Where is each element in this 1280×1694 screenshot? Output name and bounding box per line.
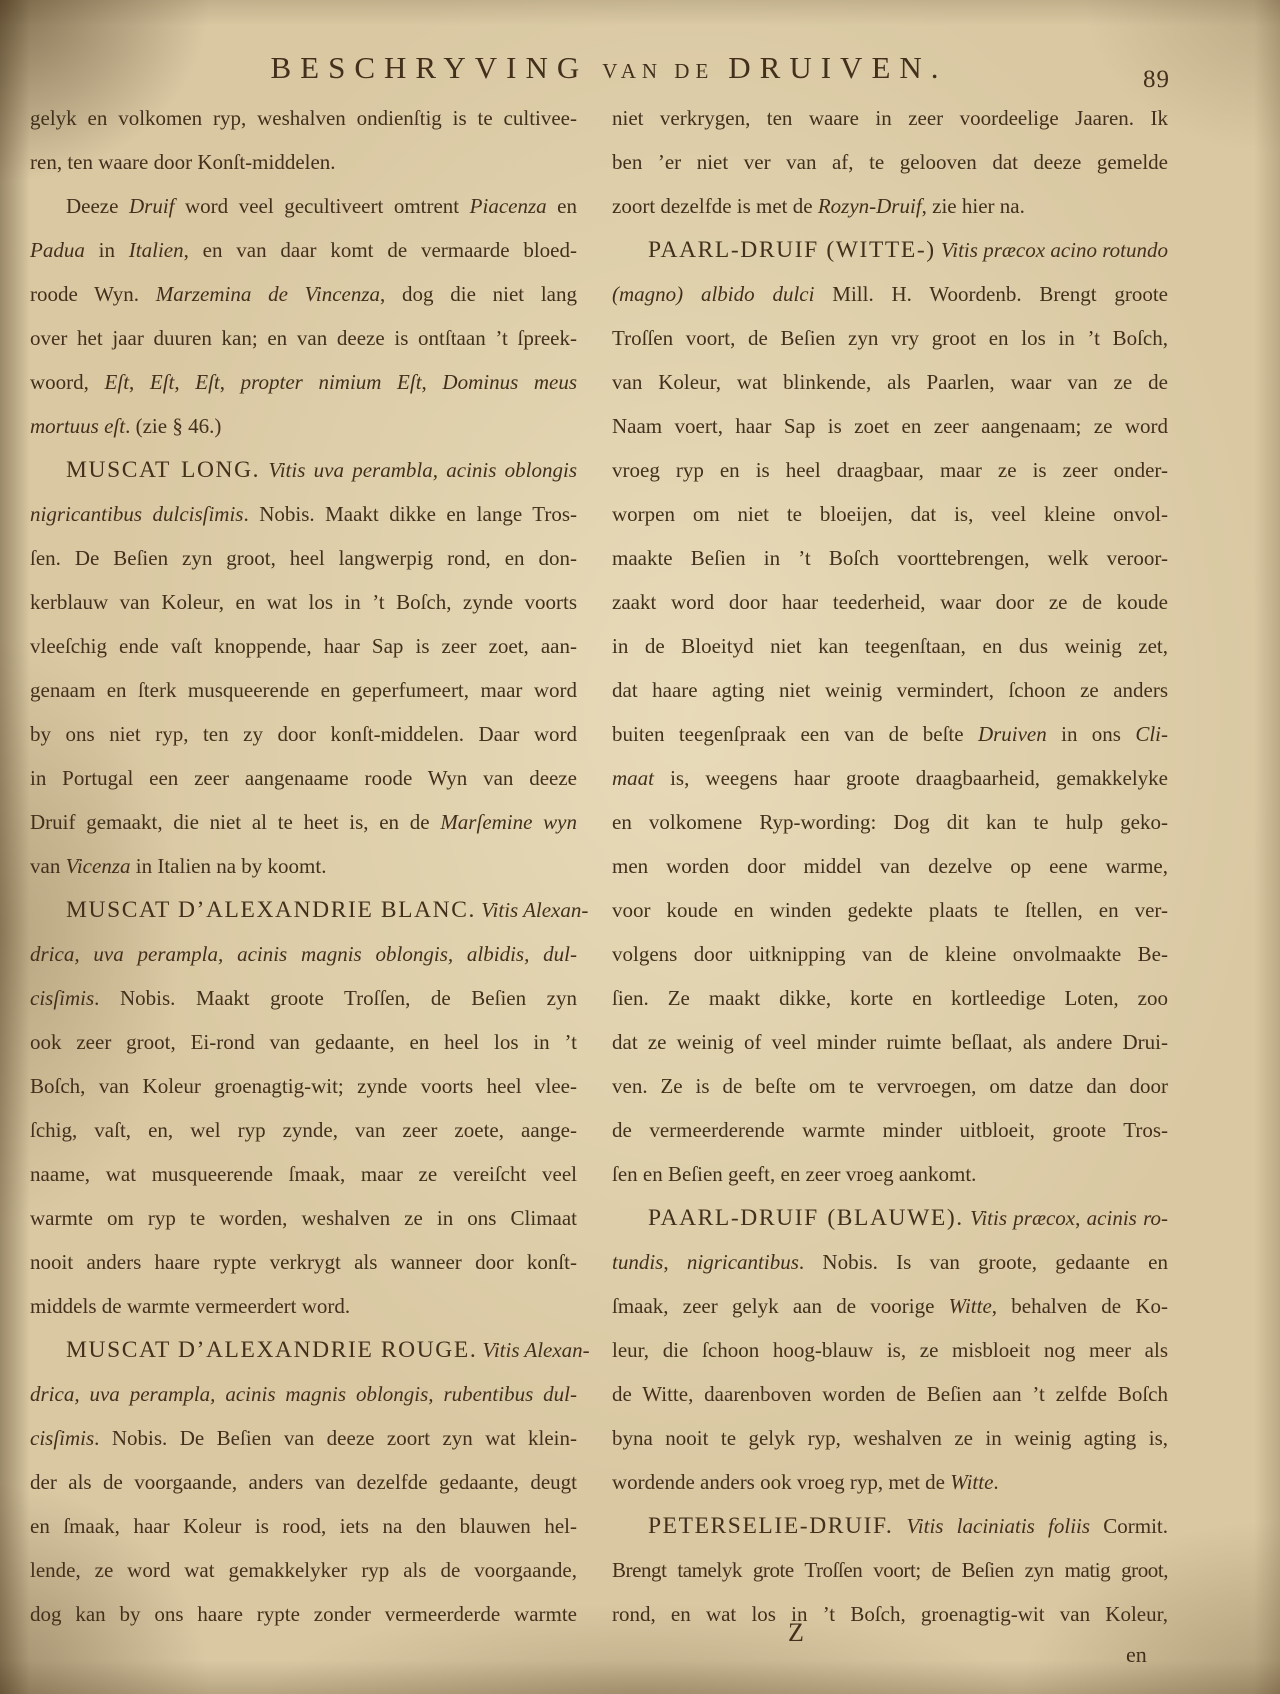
text-segment: buiten teegenſpraak een van de beſte <box>612 722 978 746</box>
text-segment: , <box>174 370 195 394</box>
text-segment: Cormit. <box>1090 1514 1168 1538</box>
text-segment: rond, en wat los in ’t Boſch, groenagtig… <box>612 1602 1168 1626</box>
text-segment: volgens door uitknipping van de kleine o… <box>612 942 1168 966</box>
text-segment: van <box>30 854 66 878</box>
text-segment: word veel gecultiveert omtrent <box>175 194 470 218</box>
latin-name-italic: nigricantibus <box>687 1250 799 1274</box>
text-segment: ben ’er niet ver van af, te gelooven dat… <box>612 150 1168 174</box>
latin-name-italic: Druif <box>129 194 175 218</box>
text-segment: , dog die niet lang <box>380 282 577 306</box>
text-segment: niet verkrygen, ten waare in zeer voorde… <box>612 106 1168 130</box>
latin-name-italic: cisſimis <box>30 1426 94 1450</box>
text-segment: worpen om niet te bloeijen, dat is, veel… <box>612 502 1168 526</box>
text-line: dat haare agting niet weinig vermindert,… <box>612 668 1168 712</box>
latin-name-italic: (magno) albido dulci <box>612 282 814 306</box>
text-line: kerblauw van Koleur, en wat los in ’t Bo… <box>30 580 577 624</box>
text-line: cisſimis. Nobis. Maakt groote Troſſen, d… <box>30 976 577 1020</box>
text-segment: maakte Beſien in ’t Boſch voorttebrengen… <box>612 546 1168 570</box>
latin-name-italic: Vitis præcox <box>970 1206 1075 1230</box>
text-line: leur, die ſchoon hoog-blauw is, ze misbl… <box>612 1328 1168 1372</box>
text-segment: Troſſen voort, de Beſien zyn vry groot e… <box>612 326 1168 350</box>
text-line: zoort dezelfde is met de Rozyn-Druif, zi… <box>612 184 1168 228</box>
latin-name-italic: Marſemine wyn <box>440 810 577 834</box>
latin-name-italic: propter nimium Eſt <box>241 370 422 394</box>
text-segment: vroeg ryp en is heel draagbaar, maar ze … <box>612 458 1168 482</box>
text-segment: Boſch, van Koleur groenagtig-wit; zynde … <box>30 1074 577 1098</box>
text-segment: zaakt word door haar teederheid, waar do… <box>612 590 1168 614</box>
text-segment: Naam voert, haar Sap is zoet en zeer aan… <box>612 414 1168 438</box>
text-segment: . Nobis. Maakt dikke en lange Tros- <box>243 502 577 526</box>
latin-name-italic: Padua <box>30 238 85 262</box>
text-segment: Druif gemaakt, die niet al te heet is, e… <box>30 810 440 834</box>
text-segment: ſien. Ze maakt dikke, korte en kortleedi… <box>612 986 1168 1010</box>
text-line: niet verkrygen, ten waare in zeer voorde… <box>612 96 1168 140</box>
latin-name-italic: Witte <box>950 1470 993 1494</box>
text-line: rond, en wat los in ’t Boſch, groenagtig… <box>612 1592 1168 1636</box>
text-segment: , zie hier na. <box>922 194 1025 218</box>
latin-name-italic: Piacenza <box>470 194 547 218</box>
text-line: Brengt tamelyk grote Troſſen voort; de B… <box>612 1548 1168 1592</box>
text-segment: lende, ze word wat gemakkelyker ryp als … <box>30 1558 577 1582</box>
catchword: en <box>1126 1642 1147 1668</box>
text-line: nooit anders haare rypte verkrygt als wa… <box>30 1240 577 1284</box>
text-line: mortuus eſt. (zie § 46.) <box>30 404 577 448</box>
text-segment: . Nobis. De Beſien van deeze zoort zyn w… <box>94 1426 577 1450</box>
text-line: van Vicenza in Italien na by koomt. <box>30 844 577 888</box>
text-segment: wordende anders ook vroeg ryp, met de <box>612 1470 950 1494</box>
text-line: woord, Eſt, Eſt, Eſt, propter nimium Eſt… <box>30 360 577 404</box>
latin-name-italic: Vitis præcox acino rotundo <box>941 238 1168 262</box>
text-line: gelyk en volkomen ryp, weshalven ondienſ… <box>30 96 577 140</box>
text-line: ſen. De Beſien zyn groot, heel langwerpi… <box>30 536 577 580</box>
latin-name-italic: nigricantibus dulcisſimis <box>30 502 243 526</box>
text-line: Padua in Italien, en van daar komt de ve… <box>30 228 577 272</box>
text-segment: zoort dezelfde is met de <box>612 194 818 218</box>
latin-name-italic: cisſimis <box>30 986 94 1010</box>
text-segment: . Nobis. Maakt groote Troſſen, de Beſien… <box>94 986 577 1010</box>
text-segment: , <box>422 370 443 394</box>
text-line: de Witte, daarenboven worden de Beſien a… <box>612 1372 1168 1416</box>
text-line: wordende anders ook vroeg ryp, met de Wi… <box>612 1460 1168 1504</box>
latin-name-italic: Vitis Alexan- <box>483 1338 590 1362</box>
text-segment: ſmaak, zeer gelyk aan de voorige <box>612 1294 949 1318</box>
header-title-mid: VAN DE <box>602 59 714 83</box>
text-line: Boſch, van Koleur groenagtig-wit; zynde … <box>30 1064 577 1108</box>
text-line: naame, wat musqueerende ſmaak, maar ze v… <box>30 1152 577 1196</box>
text-line: genaam en ſterk musqueerende en geperfum… <box>30 668 577 712</box>
text-segment: en ſmaak, haar Koleur is rood, iets na d… <box>30 1514 577 1538</box>
text-segment: Mill. H. Woordenb. Brengt groote <box>814 282 1168 306</box>
text-segment: en <box>547 194 577 218</box>
running-header: BESCHRYVING VAN DE DRUIVEN. <box>0 50 1218 86</box>
text-line: nigricantibus dulcisſimis. Nobis. Maakt … <box>30 492 577 536</box>
text-line: ook zeer groot, Ei-rond van gedaante, en… <box>30 1020 577 1064</box>
text-line: lende, ze word wat gemakkelyker ryp als … <box>30 1548 577 1592</box>
book-page: BESCHRYVING VAN DE DRUIVEN. 89 gelyk en … <box>0 0 1280 1694</box>
text-segment: in Italien na by koomt. <box>131 854 327 878</box>
text-line: maat is, weegens haar groote draagbaarhe… <box>612 756 1168 800</box>
text-segment: leur, die ſchoon hoog-blauw is, ze misbl… <box>612 1338 1168 1362</box>
text-segment: woord, <box>30 370 105 394</box>
text-line: PETERSELIE-DRUIF. Vitis laciniatis folii… <box>612 1504 1168 1548</box>
text-segment: ook zeer groot, Ei-rond van gedaante, en… <box>30 1030 577 1054</box>
text-line: en volkomene Ryp-wording: Dog dit kan te… <box>612 800 1168 844</box>
latin-name-italic: Italien <box>129 238 184 262</box>
text-line: drica, uva perampla, acinis magnis oblon… <box>30 1372 577 1416</box>
entry-heading: PETERSELIE-DRUIF. <box>648 1513 893 1539</box>
text-line: middels de warmte vermeerdert word. <box>30 1284 577 1328</box>
text-line: dat ze weinig of veel minder ruimte beſl… <box>612 1020 1168 1064</box>
text-segment: genaam en ſterk musqueerende en geperfum… <box>30 678 577 702</box>
text-line: tundis, nigricantibus. Nobis. Is van gro… <box>612 1240 1168 1284</box>
text-column-left: gelyk en volkomen ryp, weshalven ondienſ… <box>30 96 577 1636</box>
text-line: vleeſchig ende vaſt knoppende, haar Sap … <box>30 624 577 668</box>
entry-heading: MUSCAT LONG. <box>66 457 260 483</box>
text-segment: over het jaar duuren kan; en van deeze i… <box>30 326 577 350</box>
text-line: vroeg ryp en is heel draagbaar, maar ze … <box>612 448 1168 492</box>
text-line: in de Bloeityd niet kan teegenſtaan, en … <box>612 624 1168 668</box>
text-segment: nooit anders haare rypte verkrygt als wa… <box>30 1250 577 1274</box>
text-line: over het jaar duuren kan; en van deeze i… <box>30 316 577 360</box>
text-segment: dog kan by ons haare rypte zonder vermee… <box>30 1602 577 1626</box>
text-segment: de Witte, daarenboven worden de Beſien a… <box>612 1382 1168 1406</box>
text-line: ſmaak, zeer gelyk aan de voorige Witte, … <box>612 1284 1168 1328</box>
text-segment: in ons <box>1047 722 1136 746</box>
latin-name-italic: Witte <box>949 1294 992 1318</box>
text-line: Druif gemaakt, die niet al te heet is, e… <box>30 800 577 844</box>
signature-mark: Z <box>788 1618 804 1648</box>
text-segment: byna nooit te gelyk ryp, weshalven ze in… <box>612 1426 1168 1450</box>
latin-name-italic: acinis ro- <box>1087 1206 1168 1230</box>
text-line: roode Wyn. Marzemina de Vincenza, dog di… <box>30 272 577 316</box>
text-line: in Portugal een zeer aangenaame roode Wy… <box>30 756 577 800</box>
text-line: der als de voorgaande, anders van dezelf… <box>30 1460 577 1504</box>
text-segment: by ons niet ryp, ten zy door konſt-midde… <box>30 722 577 746</box>
entry-heading: PAARL-DRUIF (WITTE-) <box>648 237 936 263</box>
text-segment: Brengt tamelyk grote Troſſen voort; de B… <box>612 1558 1168 1582</box>
text-segment: in de Bloeityd niet kan teegenſtaan, en … <box>612 634 1168 658</box>
page-number: 89 <box>1143 66 1170 94</box>
text-line: en ſmaak, haar Koleur is rood, iets na d… <box>30 1504 577 1548</box>
text-segment: naame, wat musqueerende ſmaak, maar ze v… <box>30 1162 577 1186</box>
text-segment: , <box>220 370 241 394</box>
text-segment: , <box>129 370 150 394</box>
header-title-right: DRUIVEN. <box>728 50 947 85</box>
text-segment: ven. Ze is de beſte om te vervroegen, om… <box>612 1074 1168 1098</box>
latin-name-italic: Druiven <box>978 722 1047 746</box>
latin-name-italic: Vitis laciniatis foliis <box>907 1514 1091 1538</box>
text-segment: , <box>1075 1206 1087 1230</box>
text-line: volgens door uitknipping van de kleine o… <box>612 932 1168 976</box>
text-line: drica, uva perampla, acinis magnis oblon… <box>30 932 577 976</box>
text-line: de vermeerderende warmte minder uitbloei… <box>612 1108 1168 1152</box>
text-line: byna nooit te gelyk ryp, weshalven ze in… <box>612 1416 1168 1460</box>
text-line: ben ’er niet ver van af, te gelooven dat… <box>612 140 1168 184</box>
text-line: Deeze Druif word veel gecultiveert omtre… <box>30 184 577 228</box>
text-segment: in Portugal een zeer aangenaame roode Wy… <box>30 766 577 790</box>
text-segment: ren, ten waare door Konſt-middelen. <box>30 150 336 174</box>
text-segment: , <box>663 1250 687 1274</box>
text-segment: . (zie § 46.) <box>125 414 221 438</box>
text-segment: ſen. De Beſien zyn groot, heel langwerpi… <box>30 546 577 570</box>
text-segment: voor koude en winden gedekte plaats te ſ… <box>612 898 1168 922</box>
text-line: MUSCAT D’ALEXANDRIE ROUGE. Vitis Alexan- <box>30 1328 577 1372</box>
text-line: worpen om niet te bloeijen, dat is, veel… <box>612 492 1168 536</box>
latin-name-italic: Vicenza <box>66 854 131 878</box>
text-segment: roode Wyn. <box>30 282 156 306</box>
text-line: ſien. Ze maakt dikke, korte en kortleedi… <box>612 976 1168 1020</box>
text-line: zaakt word door haar teederheid, waar do… <box>612 580 1168 624</box>
text-segment: kerblauw van Koleur, en wat los in ’t Bo… <box>30 590 577 614</box>
text-segment: ſen en Beſien geeft, en zeer vroeg aanko… <box>612 1162 976 1186</box>
text-line: (magno) albido dulci Mill. H. Woordenb. … <box>612 272 1168 316</box>
text-line: ſen en Beſien geeft, en zeer vroeg aanko… <box>612 1152 1168 1196</box>
text-segment: middels de warmte vermeerdert word. <box>30 1294 350 1318</box>
text-line: van Koleur, wat blinkende, als Paarlen, … <box>612 360 1168 404</box>
text-segment: van Koleur, wat blinkende, als Paarlen, … <box>612 370 1168 394</box>
latin-name-italic: drica, uva perampla, acinis magnis oblon… <box>30 1382 577 1406</box>
text-line: cisſimis. Nobis. De Beſien van deeze zoo… <box>30 1416 577 1460</box>
text-segment: vleeſchig ende vaſt knoppende, haar Sap … <box>30 634 577 658</box>
entry-heading: PAARL-DRUIF (BLAUWE). <box>648 1205 964 1231</box>
text-segment <box>893 1514 906 1538</box>
latin-name-italic: Eſt <box>150 370 175 394</box>
text-segment: dat haare agting niet weinig vermindert,… <box>612 678 1168 702</box>
text-line: voor koude en winden gedekte plaats te ſ… <box>612 888 1168 932</box>
text-line: by ons niet ryp, ten zy door konſt-midde… <box>30 712 577 756</box>
text-segment: gelyk en volkomen ryp, weshalven ondienſ… <box>30 106 577 130</box>
entry-heading: MUSCAT D’ALEXANDRIE ROUGE. <box>66 1337 477 1363</box>
latin-name-italic: drica, uva perampla, acinis magnis oblon… <box>30 942 577 966</box>
latin-name-italic: Rozyn-Druif <box>818 194 922 218</box>
latin-name-italic: Eſt <box>105 370 130 394</box>
text-segment: is, weegens haar groote draagbaarheid, g… <box>654 766 1168 790</box>
latin-name-italic: mortuus eſt <box>30 414 125 438</box>
latin-name-italic: maat <box>612 766 654 790</box>
text-segment: , en van daar komt de vermaarde bloed- <box>184 238 577 262</box>
text-segment: , behalven de Ko- <box>992 1294 1168 1318</box>
header-title-left: BESCHRYVING <box>270 50 588 85</box>
text-line: ſchig, vaſt, en, wel ryp zynde, van zeer… <box>30 1108 577 1152</box>
text-line: MUSCAT LONG. Vitis uva perambla, acinis … <box>30 448 577 492</box>
text-segment: en volkomene Ryp-wording: Dog dit kan te… <box>612 810 1168 834</box>
latin-name-italic: tundis <box>612 1250 663 1274</box>
text-line: PAARL-DRUIF (WITTE-) Vitis præcox acino … <box>612 228 1168 272</box>
text-line: maakte Beſien in ’t Boſch voorttebrengen… <box>612 536 1168 580</box>
text-line: Troſſen voort, de Beſien zyn vry groot e… <box>612 316 1168 360</box>
text-line: ven. Ze is de beſte om te vervroegen, om… <box>612 1064 1168 1108</box>
latin-name-italic: Vitis uva perambla, acinis oblongis <box>268 458 577 482</box>
text-segment: der als de voorgaande, anders van dezelf… <box>30 1470 577 1494</box>
latin-name-italic: Dominus meus <box>442 370 577 394</box>
text-line: ren, ten waare door Konſt-middelen. <box>30 140 577 184</box>
text-line: warmte om ryp te worden, weshalven ze in… <box>30 1196 577 1240</box>
text-line: dog kan by ons haare rypte zonder vermee… <box>30 1592 577 1636</box>
text-line: MUSCAT D’ALEXANDRIE BLANC. Vitis Alexan- <box>30 888 577 932</box>
latin-name-italic: Vitis Alexan- <box>481 898 588 922</box>
text-line: men worden door middel van dezelve op ee… <box>612 844 1168 888</box>
entry-heading: MUSCAT D’ALEXANDRIE BLANC. <box>66 897 476 923</box>
text-line: Naam voert, haar Sap is zoet en zeer aan… <box>612 404 1168 448</box>
text-line: buiten teegenſpraak een van de beſte Dru… <box>612 712 1168 756</box>
text-segment: Deeze <box>66 194 129 218</box>
latin-name-italic: Eſt <box>195 370 220 394</box>
text-segment: ſchig, vaſt, en, wel ryp zynde, van zeer… <box>30 1118 577 1142</box>
latin-name-italic: Cli- <box>1135 722 1168 746</box>
text-segment: de vermeerderende warmte minder uitbloei… <box>612 1118 1168 1142</box>
text-line: PAARL-DRUIF (BLAUWE). Vitis præcox, acin… <box>612 1196 1168 1240</box>
text-segment: men worden door middel van dezelve op ee… <box>612 854 1168 878</box>
latin-name-italic: Marzemina de Vincenza <box>156 282 380 306</box>
text-segment: in <box>85 238 129 262</box>
text-segment: . <box>993 1470 998 1494</box>
text-column-right: niet verkrygen, ten waare in zeer voorde… <box>612 96 1168 1636</box>
text-segment: warmte om ryp te worden, weshalven ze in… <box>30 1206 577 1230</box>
text-segment: dat ze weinig of veel minder ruimte beſl… <box>612 1030 1168 1054</box>
text-segment: . Nobis. Is van groote, gedaante en <box>799 1250 1168 1274</box>
